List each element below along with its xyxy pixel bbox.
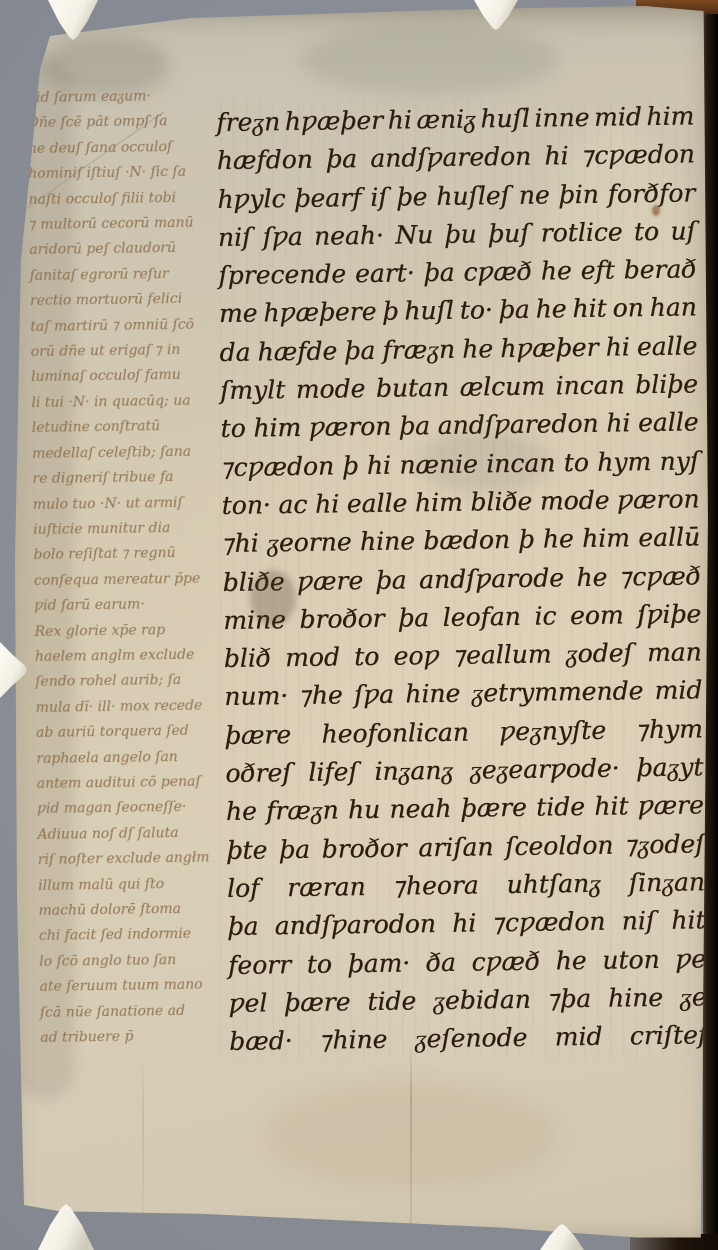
manuscript-page: ƿid ſarum eaᵹum·Dñe ſcē pāt ompſ ſane de… xyxy=(0,0,718,1250)
page-edge-shading xyxy=(0,0,718,1250)
photo-backdrop: ƿid ſarum eaᵹum·Dñe ſcē pāt ompſ ſane de… xyxy=(0,0,718,1250)
